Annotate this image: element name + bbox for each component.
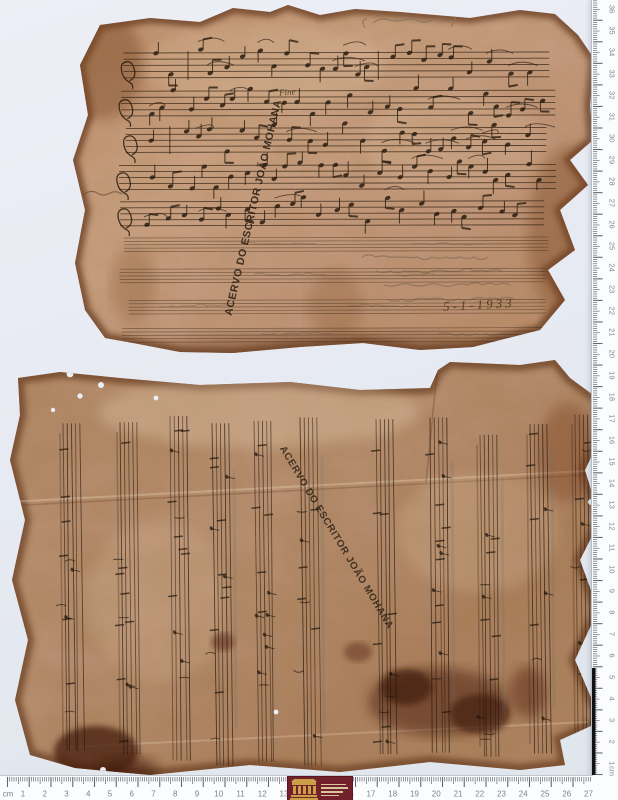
svg-text:6: 6 [130, 790, 135, 799]
svg-text:1: 1 [608, 761, 617, 765]
svg-text:25: 25 [541, 790, 550, 799]
manuscript-page-bottom-art [8, 352, 608, 780]
svg-text:4: 4 [608, 697, 617, 701]
svg-text:3: 3 [608, 718, 617, 722]
svg-text:24: 24 [608, 263, 617, 271]
svg-text:2: 2 [608, 740, 617, 744]
svg-text:cm: cm [3, 790, 14, 799]
svg-text:19: 19 [410, 790, 419, 799]
svg-text:7: 7 [608, 632, 617, 636]
svg-text:26: 26 [562, 790, 571, 799]
svg-text:25: 25 [608, 242, 617, 250]
svg-text:20: 20 [432, 790, 441, 799]
svg-text:33: 33 [608, 69, 617, 77]
svg-text:32: 32 [608, 91, 617, 99]
svg-text:5: 5 [108, 790, 113, 799]
svg-text:7: 7 [151, 790, 156, 799]
svg-text:35: 35 [608, 26, 617, 34]
svg-text:2: 2 [43, 790, 48, 799]
svg-text:14: 14 [608, 479, 617, 487]
svg-text:24: 24 [519, 790, 528, 799]
svg-text:18: 18 [608, 393, 617, 401]
archival-scan: Fine 5-1-1933 ACERVO DO ESCRITOR JOÃO MO… [0, 0, 618, 800]
svg-text:36: 36 [608, 5, 617, 13]
svg-text:1: 1 [21, 790, 26, 799]
svg-text:23: 23 [497, 790, 506, 799]
svg-text:20: 20 [608, 350, 617, 358]
svg-text:4: 4 [86, 790, 91, 799]
handwritten-fine: Fine [279, 86, 296, 97]
manuscript-page-bottom [8, 352, 608, 780]
manuscript-page-top: Fine 5-1-1933 [73, 5, 598, 362]
vertical-ruler: 3635343332313029282726252423222120191817… [591, 0, 618, 800]
svg-text:28: 28 [608, 177, 617, 185]
svg-text:12: 12 [258, 790, 267, 799]
svg-text:18: 18 [388, 790, 397, 799]
svg-text:27: 27 [608, 199, 617, 207]
svg-text:21: 21 [608, 328, 617, 336]
svg-text:9: 9 [195, 790, 200, 799]
svg-text:29: 29 [608, 156, 617, 164]
svg-text:8: 8 [608, 610, 617, 614]
svg-text:11: 11 [608, 544, 617, 552]
svg-text:9: 9 [608, 589, 617, 593]
svg-text:12: 12 [608, 522, 617, 530]
svg-text:22: 22 [475, 790, 484, 799]
horizontal-ruler: cm12345678910111213161718192021222324252… [0, 775, 593, 800]
svg-text:21: 21 [454, 790, 463, 799]
svg-text:26: 26 [608, 220, 617, 228]
svg-text:15: 15 [608, 457, 617, 465]
svg-text:cm: cm [608, 766, 617, 776]
archive-logo-text-lines [321, 784, 348, 796]
svg-text:22: 22 [608, 307, 617, 315]
svg-text:8: 8 [173, 790, 178, 799]
svg-text:34: 34 [608, 48, 617, 56]
archive-logo [288, 777, 352, 800]
svg-text:17: 17 [367, 790, 376, 799]
svg-text:31: 31 [608, 113, 617, 121]
svg-text:16: 16 [608, 436, 617, 444]
palace-building-icon [290, 778, 318, 800]
svg-text:30: 30 [608, 134, 617, 142]
svg-text:10: 10 [214, 790, 223, 799]
svg-text:13: 13 [608, 500, 617, 508]
svg-text:6: 6 [608, 653, 617, 657]
svg-text:19: 19 [608, 371, 617, 379]
svg-text:3: 3 [64, 790, 69, 799]
manuscript-page-top-art [73, 5, 598, 362]
svg-text:5: 5 [608, 675, 617, 679]
svg-text:23: 23 [608, 285, 617, 293]
svg-text:17: 17 [608, 414, 617, 422]
svg-text:27: 27 [584, 790, 593, 799]
vertical-ruler-scale: 3635343332313029282726252423222120191817… [592, 0, 618, 800]
svg-text:10: 10 [608, 565, 617, 573]
svg-text:11: 11 [236, 790, 245, 799]
